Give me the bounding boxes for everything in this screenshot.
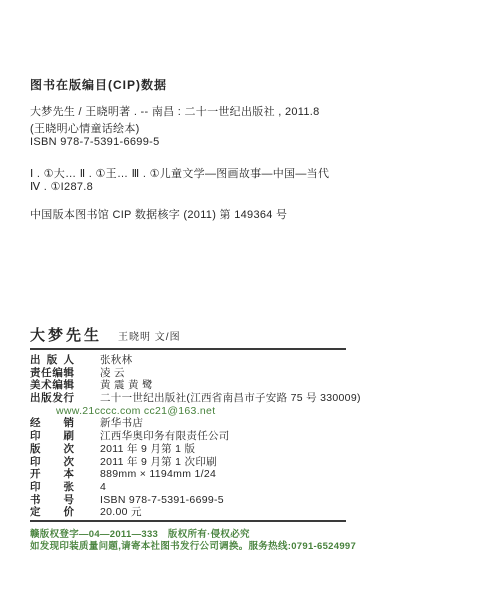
cip-entry-line: 大梦先生 / 王晓明著 . -- 南昌 : 二十一世纪出版社 , 2011.8	[30, 103, 320, 119]
divider-rule-bottom	[30, 520, 346, 522]
colophon-row: 美术编辑黄 震 黄 鹭	[30, 379, 470, 392]
cip-classification-line: Ⅰ . ①大… Ⅱ . ①王… Ⅲ . ①儿童文学—图画故事—中国—当代	[30, 165, 329, 181]
book-byline: 王晓明 文/图	[118, 328, 181, 343]
book-title: 大梦先生	[30, 324, 102, 345]
colophon-row: 版次2011 年 9 月第 1 版	[30, 443, 470, 456]
colophon-row-value: 黄 震 黄 鹭	[100, 379, 153, 391]
colophon-row-label: 印刷	[30, 430, 74, 443]
book-title-row: 大梦先生 王晓明 文/图	[30, 324, 181, 345]
colophon-row-value: ISBN 978-7-5391-6699-5	[100, 494, 224, 506]
colophon-row-value: 张秋林	[100, 354, 132, 366]
colophon-row: 出版人张秋林	[30, 354, 470, 367]
colophon-row-value: 20.00 元	[100, 506, 142, 518]
colophon-row: 印刷江西华奥印务有限责任公司	[30, 430, 470, 443]
colophon-row: 书号ISBN 978-7-5391-6699-5	[30, 494, 470, 507]
divider-rule-top	[30, 348, 346, 350]
colophon-row: 开本889mm × 1194mm 1/24	[30, 468, 470, 481]
colophon-row: 责任编辑凌 云	[30, 367, 470, 380]
colophon-row-label: 印次	[30, 456, 74, 469]
colophon-row-value: 2011 年 9 月第 1 次印刷	[100, 456, 217, 468]
colophon-row-label: 出版人	[30, 354, 74, 367]
colophon-row: 定价20.00 元	[30, 506, 470, 519]
colophon-row-value: 二十一世纪出版社(江西省南昌市子安路 75 号 330009)	[100, 392, 361, 404]
colophon-row-value: 889mm × 1194mm 1/24	[100, 468, 216, 480]
colophon-row-label: 美术编辑	[30, 379, 74, 392]
colophon-row-value: 2011 年 9 月第 1 版	[100, 443, 195, 455]
copyright-page: 图书在版编目(CIP)数据 大梦先生 / 王晓明著 . -- 南昌 : 二十一世…	[0, 0, 500, 598]
colophon-row-label: 印张	[30, 481, 74, 494]
colophon-row-label: 书号	[30, 494, 74, 507]
cip-header: 图书在版编目(CIP)数据	[30, 76, 167, 93]
colophon-row: 印张4	[30, 481, 470, 494]
colophon-row: www.21cccc.com cc21@163.net	[30, 405, 470, 418]
colophon-row: 出版发行二十一世纪出版社(江西省南昌市子安路 75 号 330009)	[30, 392, 470, 405]
colophon-row-label: 版次	[30, 443, 74, 456]
quality-notice-line: 如发现印装质量问题,请寄本社图书发行公司调换。服务热线:0791-6524997	[30, 538, 356, 552]
cip-isbn-line: ISBN 978-7-5391-6699-5	[30, 136, 160, 148]
cip-record-number: 中国版本图书馆 CIP 数据核字 (2011) 第 149364 号	[30, 206, 287, 222]
cip-classification-line: Ⅳ . ①I287.8	[30, 180, 93, 193]
colophon-row: 经销新华书店	[30, 417, 470, 430]
colophon-row-label: 出版发行	[30, 392, 74, 405]
colophon-row: 印次2011 年 9 月第 1 次印刷	[30, 456, 470, 469]
publisher-website-email: www.21cccc.com cc21@163.net	[30, 405, 215, 417]
colophon-row-label: 定价	[30, 506, 74, 519]
colophon-row-value: 新华书店	[100, 417, 143, 429]
colophon-row-value: 凌 云	[100, 367, 125, 379]
colophon-row-label: 责任编辑	[30, 367, 74, 380]
colophon-row-value: 江西华奥印务有限责任公司	[100, 430, 230, 442]
colophon-rows: 出版人张秋林责任编辑凌 云美术编辑黄 震 黄 鹭出版发行二十一世纪出版社(江西省…	[30, 354, 470, 519]
colophon-row-value: 4	[100, 481, 106, 493]
cip-series-line: (王晓明心情童话绘本)	[30, 120, 140, 136]
colophon-row-label: 开本	[30, 468, 74, 481]
colophon-row-label: 经销	[30, 417, 74, 430]
